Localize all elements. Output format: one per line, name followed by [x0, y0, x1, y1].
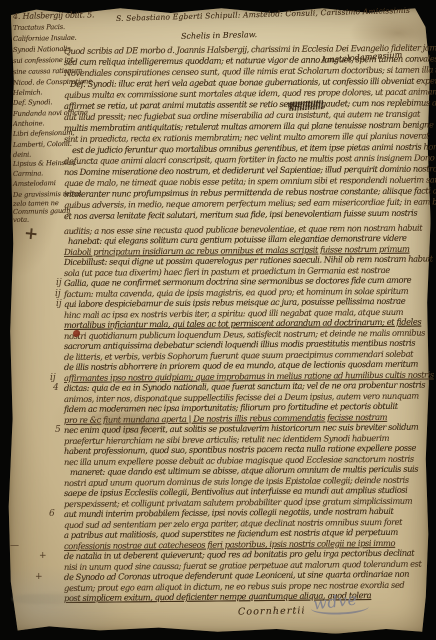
margin-note: Tractatus Pacis. — [13, 23, 65, 32]
dedication-line: S. Sebastiano Egberti Schipull: Amstelod… — [116, 6, 410, 23]
section-mark: ij — [55, 289, 61, 299]
cross-mark: + — [39, 551, 47, 561]
margin-note: Anthoine. — [13, 119, 45, 128]
section-mark: ij — [56, 299, 62, 309]
margin-note: Lamberti, Colonii. — [13, 140, 72, 149]
margin-note: Amstelodami — [13, 179, 56, 188]
margin-note: Californiae Insulae. — [13, 34, 77, 43]
pencil-annotation: wdve — [312, 589, 358, 613]
margin-note: 4. Halsbergij obiit. 5. — [13, 10, 95, 21]
faint-pencil-mark — [12, 594, 82, 604]
cross-mark: + — [35, 572, 43, 582]
signature-name: Coornhertii — [238, 605, 306, 617]
margin-note: deini. — [13, 151, 31, 159]
margin-note: Def. Synodi. — [13, 98, 52, 107]
ink-smudge — [92, 412, 144, 422]
body-line: et nos aversa lenitate fecit salutari, m… — [64, 208, 417, 221]
margin-note: Communis gaudij — [13, 207, 70, 216]
crossed-out-word — [288, 100, 324, 111]
margin-note: Carmina. — [13, 169, 43, 178]
margin-note: Helmich. — [13, 88, 43, 97]
section-mark: 5 — [55, 425, 61, 435]
section-mark: 4 — [53, 383, 59, 393]
section-mark: — — [10, 541, 19, 551]
subtitle-line: Schelis in Breslaw. — [181, 30, 257, 41]
section-mark: ij — [50, 373, 56, 383]
cross-mark: + — [23, 223, 39, 244]
ink-layer: S. Sebastiano Egberti Schipull: Amstelod… — [0, 0, 436, 640]
section-mark: 6 — [49, 509, 55, 519]
section-mark: ij — [56, 278, 62, 288]
manuscript-photo: S. Sebastiano Egberti Schipull: Amstelod… — [0, 0, 436, 640]
